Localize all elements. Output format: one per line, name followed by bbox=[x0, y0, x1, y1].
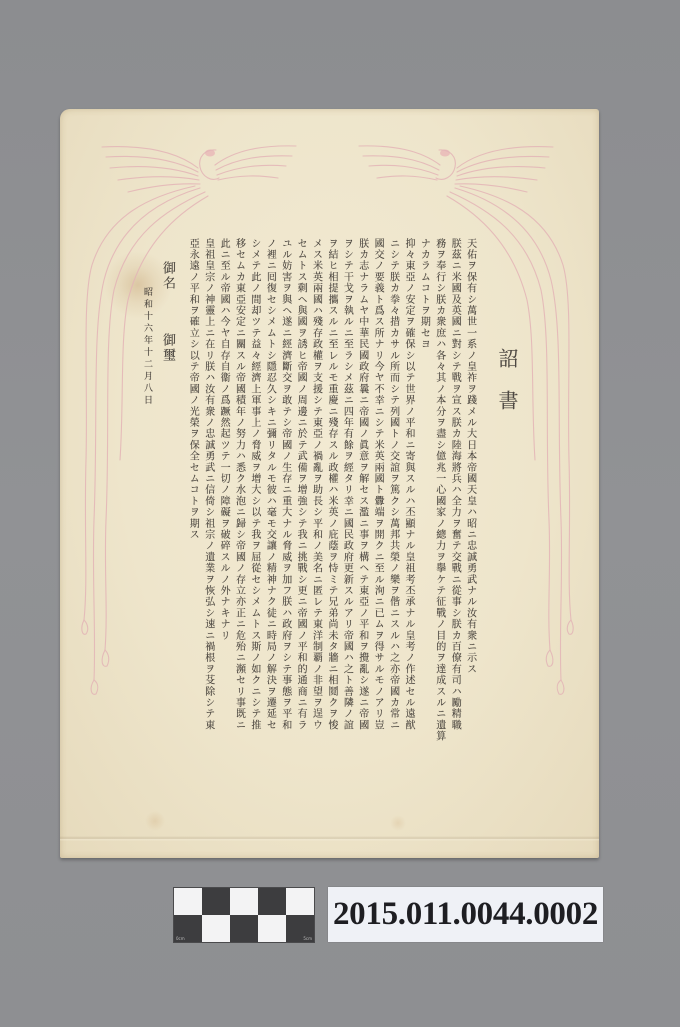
text-column: 天佑ヲ保有シ萬世一系ノ皇祚ヲ踐メル大日本帝國天皇ハ昭ニ忠誠勇武ナル汝有衆ニ示ス bbox=[462, 238, 477, 748]
scale-square bbox=[202, 915, 230, 942]
text-column: 務ヲ奉行シ朕カ衆庶ハ各々其ノ本分ヲ盡シ億兆一心國家ノ總力ヲ擧ケテ征戰ノ目的ヲ達成… bbox=[431, 238, 446, 748]
text-column: 朕茲ニ米國及英國ニ對シテ戰ヲ宣ス朕カ陸海將兵ハ全力ヲ奮テ交戰ニ從事シ朕カ百僚有司… bbox=[447, 238, 462, 748]
text-column: メス米英兩國ハ殘存政權ヲ支援シテ東亞ノ禍亂ヲ助長シ平和ノ美名ニ匿レテ東洋制覇ノ非… bbox=[308, 238, 323, 748]
document-date: 昭和十六年十二月八日 bbox=[142, 287, 151, 407]
text-column: セムトス剩ヘ與國ヲ誘ヒ帝國ノ周邊ニ於テ武備ヲ增強シテ我ニ挑戰シ更ニ帝國ノ平和的通… bbox=[293, 238, 308, 748]
text-column: ユル妨害ヲ與ヘ遂ニ經濟斷交ヲ敢テシ帝國ノ生存ニ重大ナル脅威ヲ加フ朕ハ政府ヲシテ事… bbox=[277, 238, 292, 748]
scale-square bbox=[230, 888, 258, 915]
catalog-number: 2015.011.0044.0002 bbox=[333, 896, 598, 933]
scale-label-left: 0cm bbox=[176, 936, 185, 941]
text-column: ノ裡ニ囘復セシメムトシ隱忍久シキニ彌リタルモ彼ハ毫モ交讓ノ精神ナク徒ニ時局ノ解決… bbox=[262, 238, 277, 748]
paper-fold-crease bbox=[60, 836, 599, 841]
scale-square bbox=[258, 915, 286, 942]
text-column: 亞永遠ノ平和ヲ確立シ以テ帝國ノ光榮ヲ保全セムコトヲ期ス bbox=[185, 238, 200, 748]
scale-square bbox=[286, 888, 314, 915]
text-column: 抑々東亞ノ安定ヲ確保シ以テ世界ノ平和ニ寄與スルハ丕顯ナル皇祖考丕承ナル皇考ノ作述… bbox=[401, 238, 416, 748]
text-column: ヲ結ヒ相提攜スルニ至レルモ重慶ニ殘存スル政權ハ米英ノ庇蔭ヲ恃ミテ兄弟尚未タ牆ニ相… bbox=[324, 238, 339, 748]
scale-bar-checker: 0cm 5cm bbox=[173, 887, 315, 943]
text-column: 國交ノ要義ト爲ス所ナリ今ヤ不幸ニシテ米英兩國ト釁端ヲ開クニ至ル洵ニ已ムヲ得サルモ… bbox=[370, 238, 385, 748]
catalog-number-label: 2015.011.0044.0002 bbox=[328, 887, 603, 942]
text-column: 朕カ志ナラムヤ中華民國政府曩ニ帝國ノ眞意ヲ解セス濫ニ事ヲ構ヘテ東亞ノ平和ヲ攪亂シ… bbox=[354, 238, 369, 748]
document-title: 詔書 bbox=[497, 348, 517, 432]
imperial-name-signature: 御名 bbox=[161, 261, 174, 291]
text-column: 此ニ至ル帝國ハ今ヤ自存自衞ノ爲蹶然起ツテ一切ノ障礙ヲ破碎スルノ外ナキナリ bbox=[216, 238, 231, 748]
rescript-body-text: 天佑ヲ保有シ萬世一系ノ皇祚ヲ踐メル大日本帝國天皇ハ昭ニ忠誠勇武ナル汝有衆ニ示ス … bbox=[185, 238, 478, 748]
scale-square bbox=[202, 888, 230, 915]
text-column: ナカラムコトヲ期セヨ bbox=[416, 238, 431, 748]
text-column: 移セムカ東亞安定ニ關スル帝國積年ノ努力ハ悉ク水泡ニ歸シ帝國ノ存立亦正ニ危殆ニ瀕セ… bbox=[231, 238, 246, 748]
scale-square bbox=[258, 888, 286, 915]
text-column: ヲシテ干戈ヲ執ルニ至ラシメ茲ニ四年有餘ヲ經タリ幸ニ國民政府更新スルアリ帝國ハ之ト… bbox=[339, 238, 354, 748]
text-column: シメテ此ノ間却ツテ益々經濟上軍事上ノ脅威ヲ增大シ以テ我ヲ屈從セシメムトス斯ノ如ク… bbox=[247, 238, 262, 748]
text-column: ニシテ朕カ拳々措カサル所而シテ列國トノ交誼ヲ篤クシ萬邦共榮ノ樂ヲ偕ニスルハ之亦帝… bbox=[385, 238, 400, 748]
text-column: 皇祖皇宗ノ神靈上ニ在リ朕ハ汝有衆ノ忠誠勇武ニ信倚シ祖宗ノ遺業ヲ恢弘シ速ニ禍根ヲ芟… bbox=[200, 238, 215, 748]
scale-square bbox=[230, 915, 258, 942]
imperial-seal-mark: 御璽 bbox=[161, 333, 174, 363]
scale-square bbox=[174, 888, 202, 915]
scale-label-right: 5cm bbox=[303, 936, 312, 941]
document-paper: 詔書 天佑ヲ保有シ萬世一系ノ皇祚ヲ踐メル大日本帝國天皇ハ昭ニ忠誠勇武ナル汝有衆ニ… bbox=[60, 109, 599, 858]
